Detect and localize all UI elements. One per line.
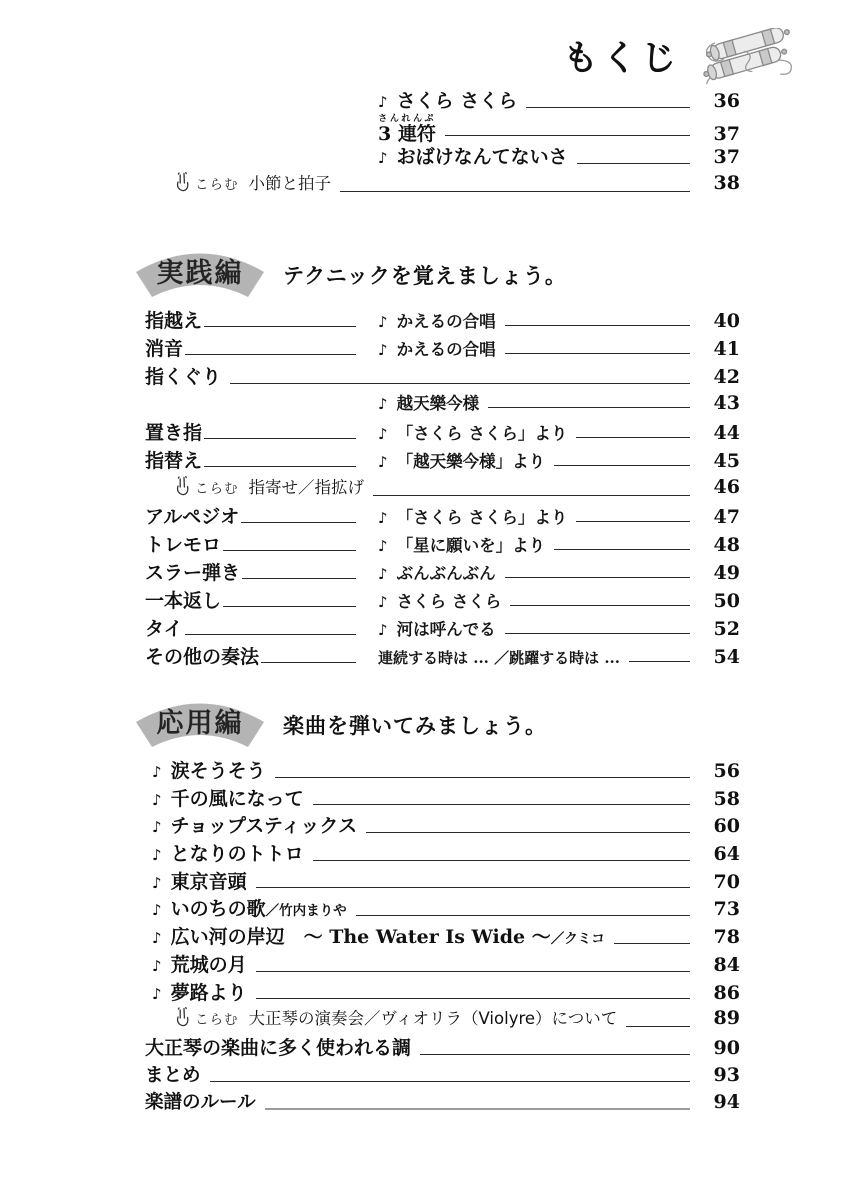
toc-row: ♪ 夢路より 86 xyxy=(145,978,740,1006)
music-note-icon: ♪ xyxy=(378,565,388,583)
practice-section-header: 実践編 テクニックを覚えましょう。 xyxy=(133,241,567,299)
toc-row: 指くぐり 42 xyxy=(145,362,740,390)
page-number: 54 xyxy=(696,646,740,668)
song-title: 河は呼んでる xyxy=(397,616,496,640)
hand-icon xyxy=(175,476,190,496)
toc-row: 置き指 ♪ 「さくら さくら」より 44 xyxy=(145,418,740,446)
music-note-icon: ♪ xyxy=(152,985,162,1003)
technique-title: タイ xyxy=(145,614,183,641)
leader-line xyxy=(576,437,690,438)
application-section-header: 応用編 楽曲を弾いてみましょう。 xyxy=(133,691,547,749)
leader-line xyxy=(356,915,690,916)
toc-row: タイ ♪ 河は呼んでる 52 xyxy=(145,614,740,642)
technique-cell: 一本返し xyxy=(145,586,378,613)
leader-line xyxy=(420,1054,690,1055)
song-title: 荒城の月 xyxy=(171,950,247,977)
note-text: 連続する時は ... ／跳躍する時は ... xyxy=(378,647,620,668)
page-number: 40 xyxy=(696,310,740,332)
music-note-icon: ♪ xyxy=(378,149,388,167)
page-number: 56 xyxy=(696,760,740,782)
technique-title: 置き指 xyxy=(145,418,202,445)
page-number: 94 xyxy=(696,1091,740,1113)
page-number: 93 xyxy=(696,1064,740,1086)
music-note-icon: ♪ xyxy=(152,957,162,975)
toc-row-column: こらむ 小節と拍子 38 xyxy=(175,170,740,198)
leader-line xyxy=(313,860,690,861)
technique-cell: トレモロ xyxy=(145,530,378,557)
page-number: 52 xyxy=(696,618,740,640)
song-cell: ♪ 越天樂今様 xyxy=(378,390,696,414)
leader-line xyxy=(526,107,690,108)
leader-line xyxy=(241,522,356,523)
application-toc-list: ♪ 涙そうそう 56 ♪ 千の風になって 58 ♪ チョップスティックス 60 … xyxy=(145,756,740,1116)
song-title: かえるの合唱 xyxy=(397,308,496,332)
toc-row-column: こらむ 大正琴の演奏会／ヴィオリラ（Violyre）について 89 xyxy=(145,1005,740,1033)
leader-line xyxy=(223,550,356,551)
toc-row: 大正琴の楽曲に多く使われる調 90 xyxy=(145,1033,740,1061)
leader-line xyxy=(204,438,356,439)
page-number: 42 xyxy=(696,366,740,388)
note-cell: 連続する時は ... ／跳躍する時は ... xyxy=(378,647,696,668)
page-number: 41 xyxy=(696,338,740,360)
music-note-icon: ♪ xyxy=(378,425,388,443)
song-title: 千の風になって xyxy=(171,784,304,811)
leader-line xyxy=(505,353,690,354)
toc-row: ♪ 越天樂今様 43 xyxy=(145,390,740,418)
toc-row: ♪ 東京音頭 70 xyxy=(145,867,740,895)
toc-row: ♪ 千の風になって 58 xyxy=(145,784,740,812)
leader-line xyxy=(614,943,690,944)
song-title: 広い河の岸辺 ～ The Water Is Wide ～ xyxy=(171,922,551,949)
music-note-icon: ♪ xyxy=(378,453,388,471)
leader-line xyxy=(505,325,690,326)
leader-line xyxy=(554,549,690,550)
leader-line xyxy=(256,998,690,999)
page-number: 37 xyxy=(696,123,740,145)
entry-title: まとめ xyxy=(145,1061,201,1087)
entry-title: 大正琴の楽曲に多く使われる調 xyxy=(145,1033,411,1060)
technique-title: 指替え xyxy=(145,446,202,473)
song-cell: ♪ かえるの合唱 xyxy=(378,308,696,332)
scroll-illustration-icon xyxy=(690,28,808,84)
music-note-icon: ♪ xyxy=(152,791,162,809)
song-cell: ♪ 「星に願いを」より xyxy=(378,532,696,556)
leader-line xyxy=(261,662,356,663)
toc-row: アルペジオ ♪ 「さくら さくら」より 47 xyxy=(145,502,740,530)
toc-row-column: こらむ 指寄せ／指拡げ 46 xyxy=(145,474,740,502)
entry-title: 楽譜のルール xyxy=(145,1088,256,1114)
page-number: 78 xyxy=(696,926,740,948)
column-title: 小節と拍子 xyxy=(249,170,332,194)
page-title: もくじ xyxy=(563,31,680,81)
toc-row: ♪ チョップスティックス 60 xyxy=(145,811,740,839)
song-title: 「星に願いを」より xyxy=(397,532,546,556)
song-cell: ♪ 「さくら さくら」より xyxy=(378,504,696,528)
hand-icon xyxy=(175,172,190,192)
toc-row: ♪ 広い河の岸辺 ～ The Water Is Wide ～ ／クミコ 78 xyxy=(145,922,740,950)
column-prefix: こらむ xyxy=(195,1008,239,1028)
leader-line xyxy=(505,633,690,634)
leader-line xyxy=(488,407,690,408)
leader-line xyxy=(340,191,690,192)
technique-cell: スラー弾き xyxy=(145,558,378,585)
leader-line xyxy=(576,521,690,522)
toc-row: ♪ となりのトトロ 64 xyxy=(145,839,740,867)
song-cell: ♪ 「さくら さくら」より xyxy=(378,420,696,444)
artist-name: ／竹内まりや xyxy=(266,899,347,919)
technique-cell: アルペジオ xyxy=(145,502,378,529)
music-note-icon: ♪ xyxy=(378,509,388,527)
practice-tagline: テクニックを覚えましょう。 xyxy=(283,260,567,290)
technique-cell: その他の奏法 xyxy=(145,642,378,669)
leader-line xyxy=(242,578,356,579)
technique-title: スラー弾き xyxy=(145,558,240,585)
song-cell: ♪ さくら さくら xyxy=(378,588,696,612)
leader-line xyxy=(366,832,690,833)
page-number: 70 xyxy=(696,871,740,893)
music-note-icon: ♪ xyxy=(378,537,388,555)
song-title: さくら さくら xyxy=(397,588,502,612)
page-number: 45 xyxy=(696,450,740,472)
technique-cell: 指越え xyxy=(145,306,378,333)
leader-line xyxy=(629,661,690,662)
song-title: 涙そうそう xyxy=(171,756,266,783)
leader-line xyxy=(256,971,690,972)
toc-row: 3 連符さんれんぷ 37 xyxy=(175,114,740,142)
technique-title: 消音 xyxy=(145,334,183,361)
song-cell: ♪ かえるの合唱 xyxy=(378,336,696,360)
toc-row: トレモロ ♪ 「星に願いを」より 48 xyxy=(145,530,740,558)
song-title: チョップスティックス xyxy=(171,811,358,838)
page-number: 86 xyxy=(696,982,740,1004)
leader-line xyxy=(210,1081,690,1082)
page-number: 89 xyxy=(696,1007,740,1029)
leader-line xyxy=(256,887,690,888)
column-prefix: こらむ xyxy=(195,477,239,497)
technique-title: トレモロ xyxy=(145,530,221,557)
music-note-icon: ♪ xyxy=(152,901,162,919)
toc-row: その他の奏法 連続する時は ... ／跳躍する時は ... 54 xyxy=(145,642,740,670)
music-note-icon: ♪ xyxy=(152,846,162,864)
column-prefix: こらむ xyxy=(195,173,239,193)
leader-line xyxy=(626,1026,690,1027)
music-note-icon: ♪ xyxy=(378,395,388,413)
page-number: 60 xyxy=(696,815,740,837)
toc-row: スラー弾き ♪ ぶんぶんぶん 49 xyxy=(145,558,740,586)
toc-row: ♪ おばけなんてないさ 37 xyxy=(175,142,740,170)
leader-line xyxy=(185,354,356,355)
page-number: 84 xyxy=(696,954,740,976)
hand-icon xyxy=(175,1007,190,1027)
toc-row: 一本返し ♪ さくら さくら 50 xyxy=(145,586,740,614)
page-number: 50 xyxy=(696,590,740,612)
toc-row: ♪ さくら さくら 36 xyxy=(175,86,740,114)
song-title: 「越天樂今様」より xyxy=(397,448,546,472)
leader-line xyxy=(577,163,690,164)
page-number: 38 xyxy=(696,172,740,194)
application-banner-label: 応用編 xyxy=(157,707,244,739)
music-note-icon: ♪ xyxy=(378,621,388,639)
leader-line xyxy=(230,383,690,384)
practice-banner-label: 実践編 xyxy=(157,257,244,289)
technique-title: 指越え xyxy=(145,306,202,333)
song-title: さくら さくら xyxy=(397,86,518,113)
leader-line xyxy=(275,777,690,778)
song-title: 「さくら さくら」より xyxy=(397,504,568,528)
toc-row: 楽譜のルール 94 xyxy=(145,1088,740,1116)
page-header: もくじ xyxy=(0,28,808,84)
song-cell: ♪ 河は呼んでる xyxy=(378,616,696,640)
technique-cell: 消音 xyxy=(145,334,378,361)
song-title: ぶんぶんぶん xyxy=(397,560,496,584)
song-title: 夢路より xyxy=(171,978,247,1005)
page-number: 36 xyxy=(696,90,740,112)
page-number: 90 xyxy=(696,1037,740,1059)
column-title: 大正琴の演奏会／ヴィオリラ（Violyre）について xyxy=(249,1005,618,1029)
page-number: 64 xyxy=(696,843,740,865)
page-number: 47 xyxy=(696,506,740,528)
toc-row: ♪ 涙そうそう 56 xyxy=(145,756,740,784)
leader-line xyxy=(373,495,690,496)
technique-cell: 指替え xyxy=(145,446,378,473)
technique-title: 一本返し xyxy=(145,586,221,613)
application-tagline: 楽曲を弾いてみましょう。 xyxy=(283,710,547,740)
technique-cell: 置き指 xyxy=(145,418,378,445)
leader-line xyxy=(510,605,690,606)
music-note-icon: ♪ xyxy=(152,929,162,947)
fan-banner-icon: 実践編 xyxy=(133,241,267,299)
music-note-icon: ♪ xyxy=(152,818,162,836)
leader-line xyxy=(204,326,356,327)
page-number: 48 xyxy=(696,534,740,556)
toc-row: まとめ 93 xyxy=(145,1061,740,1089)
leader-line xyxy=(185,634,356,635)
song-title: かえるの合唱 xyxy=(397,336,496,360)
toc-row: ♪ いのちの歌 ／竹内まりや 73 xyxy=(145,894,740,922)
leader-line xyxy=(505,577,690,578)
intro-toc-list: ♪ さくら さくら 36 3 連符さんれんぷ 37 ♪ おばけなんてないさ 37… xyxy=(175,86,740,198)
toc-row: 指替え ♪ 「越天樂今様」より 45 xyxy=(145,446,740,474)
music-note-icon: ♪ xyxy=(378,93,388,111)
toc-row: 指越え ♪ かえるの合唱 40 xyxy=(145,306,740,334)
leader-line xyxy=(223,606,356,607)
toc-row: 消音 ♪ かえるの合唱 41 xyxy=(145,334,740,362)
technique-title: 指くぐり xyxy=(145,362,221,389)
fan-banner-icon: 応用編 xyxy=(133,691,267,749)
technique-title: その他の奏法 xyxy=(145,642,259,669)
music-note-icon: ♪ xyxy=(152,763,162,781)
page-number: 73 xyxy=(696,898,740,920)
song-title: 越天樂今様 xyxy=(397,390,480,414)
music-note-icon: ♪ xyxy=(378,313,388,331)
leader-line xyxy=(313,804,690,805)
music-note-icon: ♪ xyxy=(378,341,388,359)
technique-title: アルペジオ xyxy=(145,502,239,529)
leader-line xyxy=(204,466,356,467)
song-title: おばけなんてないさ xyxy=(397,142,568,169)
page-number: 43 xyxy=(696,392,740,414)
technique-cell: タイ xyxy=(145,614,378,641)
practice-toc-list: 指越え ♪ かえるの合唱 40 消音 ♪ かえるの合唱 41 指くぐり 42 ♪… xyxy=(145,306,740,670)
toc-row: ♪ 荒城の月 84 xyxy=(145,950,740,978)
leader-line xyxy=(265,1108,690,1110)
song-title: 東京音頭 xyxy=(171,867,247,894)
column-title: 指寄せ／指拡げ xyxy=(249,474,365,498)
song-title: 「さくら さくら」より xyxy=(397,420,568,444)
page-number: 37 xyxy=(696,146,740,168)
song-cell: ♪ 「越天樂今様」より xyxy=(378,448,696,472)
leader-line xyxy=(554,465,690,466)
song-title: いのちの歌 xyxy=(171,894,266,921)
page-number: 46 xyxy=(696,476,740,498)
leader-line xyxy=(445,135,690,136)
page-number: 44 xyxy=(696,422,740,444)
music-note-icon: ♪ xyxy=(152,874,162,892)
artist-name: ／クミコ xyxy=(551,927,605,947)
song-cell: ♪ ぶんぶんぶん xyxy=(378,560,696,584)
page-number: 58 xyxy=(696,788,740,810)
song-title: となりのトトロ xyxy=(171,839,304,866)
music-note-icon: ♪ xyxy=(378,593,388,611)
page-number: 49 xyxy=(696,562,740,584)
